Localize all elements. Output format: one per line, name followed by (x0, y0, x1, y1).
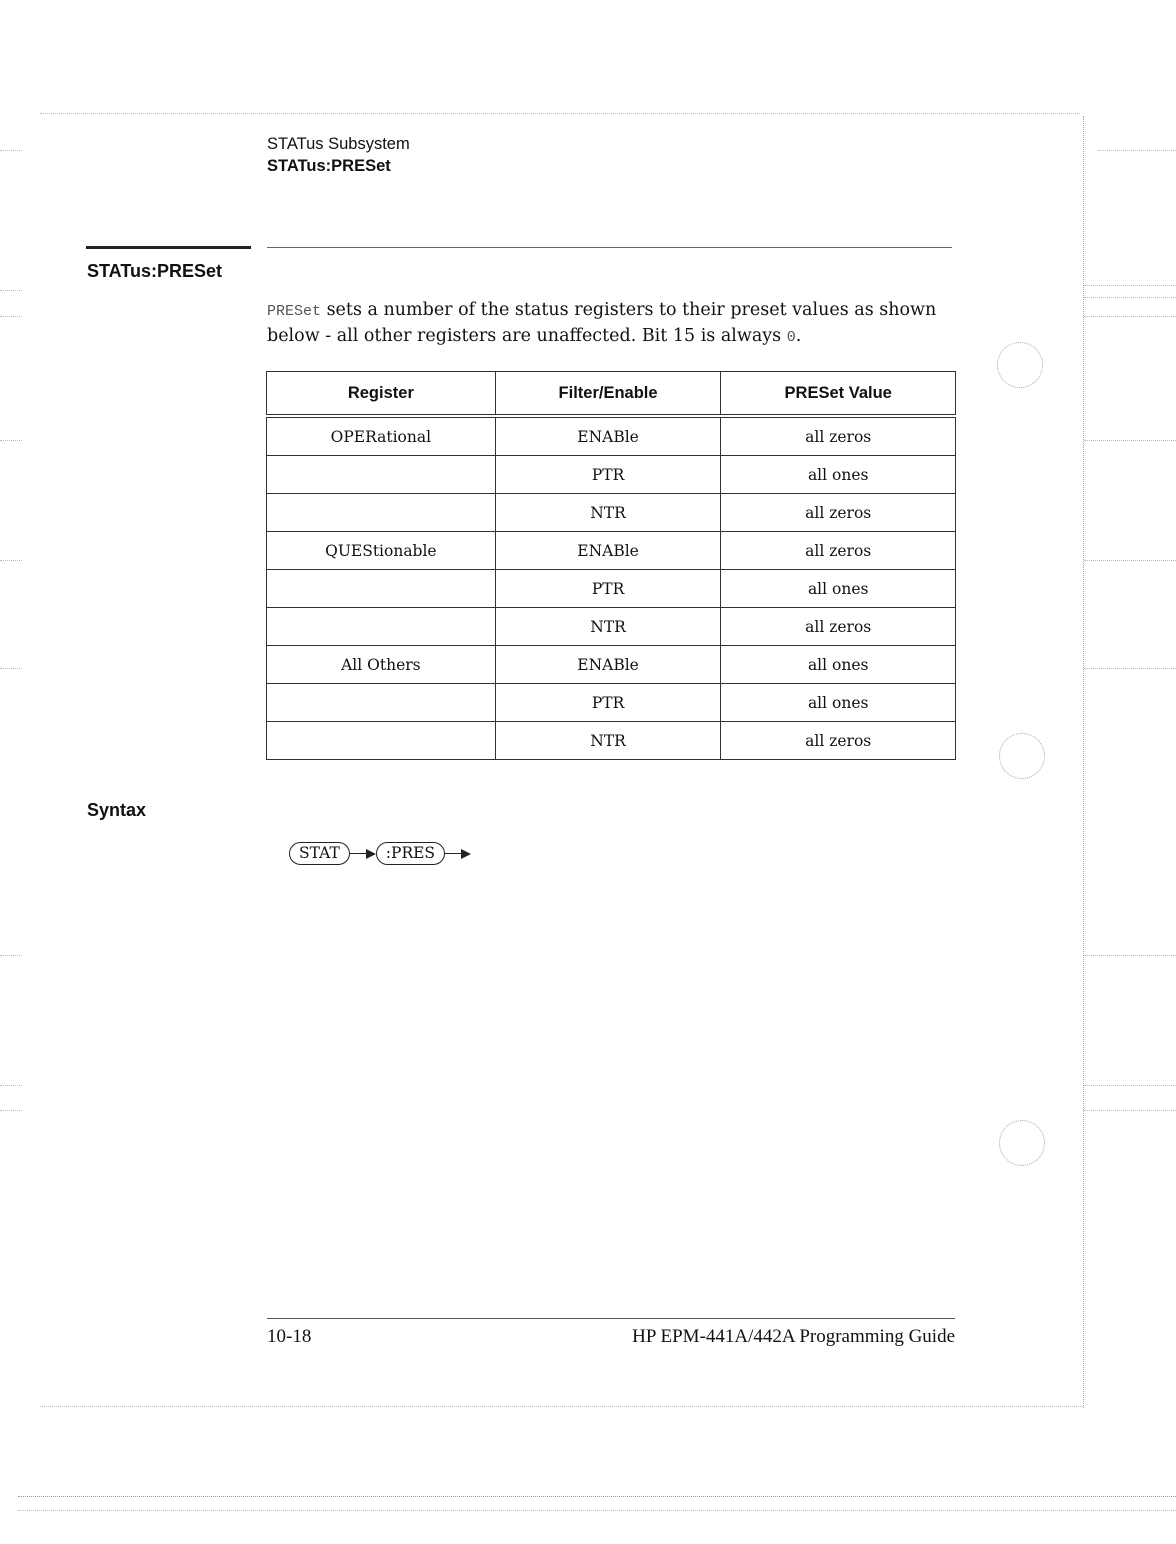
binder-hole-icon (999, 733, 1045, 779)
scan-tick (0, 1085, 22, 1086)
table-header-row: Register Filter/Enable PRESet Value (267, 372, 956, 417)
cell-filter-enable: PTR (495, 456, 721, 494)
intro-period: . (796, 326, 802, 346)
scan-tick (1084, 560, 1176, 561)
cell-filter-enable: NTR (495, 494, 721, 532)
running-head-command: STATus:PRESet (267, 157, 391, 176)
scan-tick (1084, 955, 1176, 956)
table-row: All OthersENABleall ones (267, 646, 956, 684)
scan-tick (0, 668, 22, 669)
cell-filter-enable: ENABle (495, 532, 721, 570)
cell-register (267, 456, 496, 494)
scan-edge-top (40, 113, 1080, 114)
scan-tick (0, 1110, 22, 1111)
cell-register (267, 684, 496, 722)
cell-filter-enable: NTR (495, 608, 721, 646)
cell-filter-enable: ENABle (495, 646, 721, 684)
intro-code-value: 0 (787, 329, 796, 346)
cell-register (267, 722, 496, 760)
scan-tick (0, 955, 22, 956)
cell-preset-value: all zeros (721, 608, 956, 646)
table-row: NTRall zeros (267, 722, 956, 760)
scan-tick (1084, 285, 1176, 286)
intro-paragraph: PRESet sets a number of the status regis… (267, 298, 957, 350)
section-title: STATus:PRESet (87, 261, 222, 282)
preset-table: Register Filter/Enable PRESet Value OPER… (266, 371, 956, 760)
table-row: PTRall ones (267, 456, 956, 494)
cell-filter-enable: ENABle (495, 416, 721, 456)
header-register: Register (267, 372, 496, 417)
scan-edge-lower-2 (18, 1510, 1176, 1511)
binder-hole-icon (999, 1120, 1045, 1166)
table-row: NTRall zeros (267, 494, 956, 532)
scan-edge-bottom (40, 1406, 1083, 1407)
scan-tick (1084, 668, 1176, 669)
intro-text: sets a number of the status registers to… (267, 300, 936, 346)
cell-filter-enable: PTR (495, 570, 721, 608)
scan-tick (1084, 1085, 1176, 1086)
scan-edge-lower (18, 1496, 1176, 1497)
syntax-node-stat: STAT (289, 842, 350, 865)
running-head-subsystem: STATus Subsystem (267, 135, 410, 154)
cell-register: QUEStionable (267, 532, 496, 570)
intro-code-keyword: PRESet (267, 303, 321, 320)
header-preset-value: PRESet Value (721, 372, 956, 417)
cell-preset-value: all zeros (721, 532, 956, 570)
scan-tick (0, 290, 22, 291)
cell-preset-value: all ones (721, 684, 956, 722)
cell-preset-value: all ones (721, 570, 956, 608)
footer-rule (267, 1318, 955, 1319)
cell-preset-value: all zeros (721, 416, 956, 456)
binder-hole-icon (997, 342, 1043, 388)
cell-register (267, 494, 496, 532)
scan-tick (0, 150, 22, 151)
cell-register (267, 608, 496, 646)
table-row: QUEStionableENABleall zeros (267, 532, 956, 570)
cell-register (267, 570, 496, 608)
cell-preset-value: all zeros (721, 494, 956, 532)
arrow-right-icon (350, 849, 376, 859)
cell-register: All Others (267, 646, 496, 684)
header-filter-enable: Filter/Enable (495, 372, 721, 417)
cell-filter-enable: PTR (495, 684, 721, 722)
cell-register: OPERational (267, 416, 496, 456)
syntax-node-pres: :PRES (376, 842, 445, 865)
table-row: PTRall ones (267, 684, 956, 722)
syntax-diagram: STAT :PRES (289, 842, 471, 865)
cell-preset-value: all ones (721, 456, 956, 494)
table-row: PTRall ones (267, 570, 956, 608)
scan-tick (0, 316, 22, 317)
scan-tick (1084, 440, 1176, 441)
guide-title: HP EPM-441A/442A Programming Guide (632, 1326, 955, 1348)
cell-preset-value: all zeros (721, 722, 956, 760)
cell-preset-value: all ones (721, 646, 956, 684)
scan-tick (1084, 1110, 1176, 1111)
cell-filter-enable: NTR (495, 722, 721, 760)
scan-tick (1084, 316, 1176, 317)
scan-tick (1084, 297, 1176, 298)
section-rule-right (267, 247, 952, 248)
arrow-right-icon (445, 849, 471, 859)
page-number: 10-18 (267, 1326, 311, 1348)
scan-edge-right (1083, 116, 1084, 1408)
table-row: OPERationalENABleall zeros (267, 416, 956, 456)
scan-tick (0, 560, 22, 561)
scan-tick (0, 440, 22, 441)
syntax-title: Syntax (87, 800, 146, 821)
table-body: OPERationalENABleall zerosPTRall onesNTR… (267, 416, 956, 760)
section-rule-left (86, 246, 251, 249)
table-row: NTRall zeros (267, 608, 956, 646)
scan-tick (1098, 150, 1176, 151)
